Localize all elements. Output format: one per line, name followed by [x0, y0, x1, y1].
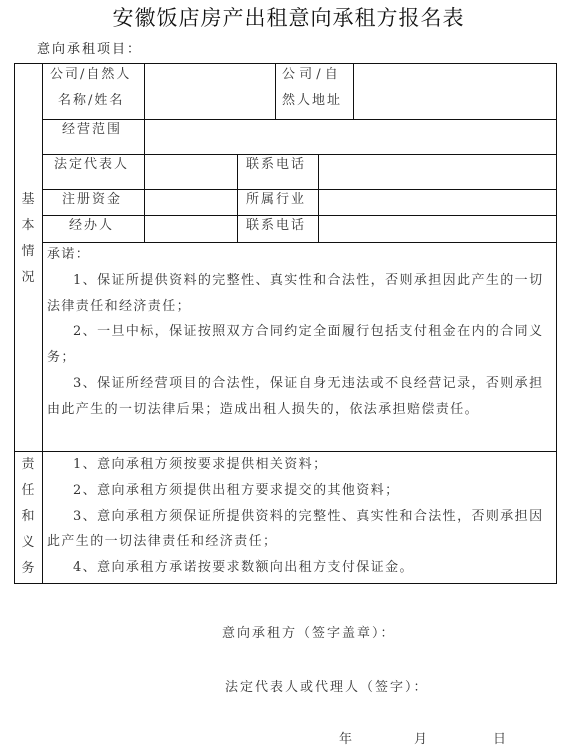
company-name-label: 公司/自然人 名称/姓名	[50, 62, 142, 114]
company-address-field[interactable]	[354, 64, 556, 119]
side-char: 情	[18, 239, 38, 265]
legal-rep-label: 法定代表人	[54, 152, 129, 178]
promise-heading: 承诺：	[47, 242, 553, 268]
legal-rep-field[interactable]	[145, 155, 236, 189]
phone-field-1[interactable]	[319, 155, 556, 189]
side-char: 务	[18, 556, 38, 582]
company-name-label-line1: 公司/自然人	[50, 62, 142, 88]
registered-capital-label: 注册资金	[62, 187, 122, 213]
agent-field[interactable]	[145, 216, 236, 242]
date-year-label: 年	[339, 728, 354, 747]
registered-capital-field[interactable]	[145, 190, 236, 215]
side-char: 责	[18, 452, 38, 478]
date-day-label: 日	[493, 728, 508, 747]
promise-item: 1、保证所提供资料的完整性、真实性和合法性，否则承担因此产生的一切法律责任和经济…	[47, 268, 553, 320]
side-char: 本	[18, 213, 38, 239]
duty-item: 4、意向承租方承诺按要求数额向出租方支付保证金。	[47, 555, 553, 581]
duty-item: 2、意向承租方须提供出租方要求提交的其他资料；	[47, 478, 553, 504]
promise-item: 3、保证所经营项目的合法性，保证自身无违法或不良经营记录，否则承担由此产生的一切…	[47, 371, 553, 423]
basic-info-side-label: 基 本 情 况	[18, 187, 38, 291]
duty-side-label: 责 任 和 义 务	[18, 452, 38, 582]
industry-label: 所属行业	[246, 187, 306, 213]
promise-item: 2、一旦中标，保证按照双方合同约定全面履行包括支付租金在内的合同义务；	[47, 319, 553, 371]
rep-signature-label: 法定代表人或代理人（签字）：	[225, 676, 429, 695]
duty-block: 1、意向承租方须按要求提供相关资料； 2、意向承租方须提供出租方要求提交的其他资…	[47, 452, 553, 581]
company-name-field[interactable]	[145, 64, 274, 119]
business-scope-label: 经营范围	[62, 117, 122, 143]
duty-item: 3、意向承租方须保证所提供资料的完整性、真实性和合法性，否则承担因此产生的一切法…	[47, 504, 553, 556]
side-char: 义	[18, 530, 38, 556]
agent-label: 经办人	[69, 213, 114, 239]
company-address-label: 公 司 / 自 然人地址	[282, 62, 352, 114]
lessee-signature-label: 意向承租方（签字盖章）：	[222, 622, 396, 641]
duty-item: 1、意向承租方须按要求提供相关资料；	[47, 452, 553, 478]
side-char: 和	[18, 504, 38, 530]
column-divider	[275, 63, 276, 119]
side-char: 基	[18, 187, 38, 213]
side-char: 况	[18, 265, 38, 291]
phone-field-2[interactable]	[319, 216, 556, 242]
industry-field[interactable]	[319, 190, 556, 215]
company-name-label-line2: 名称/姓名	[50, 88, 142, 114]
phone-label-1: 联系电话	[246, 152, 306, 178]
side-char: 任	[18, 478, 38, 504]
company-address-label-line1: 公 司 / 自	[282, 62, 352, 88]
project-label: 意向承租项目：	[37, 38, 142, 57]
page-title: 安徽饭店房产出租意向承租方报名表	[0, 2, 577, 32]
side-column-divider	[42, 63, 43, 584]
promise-block: 承诺： 1、保证所提供资料的完整性、真实性和合法性，否则承担因此产生的一切法律责…	[47, 242, 553, 423]
date-month-label: 月	[414, 728, 429, 747]
phone-label-2: 联系电话	[246, 213, 306, 239]
business-scope-field[interactable]	[145, 120, 556, 154]
company-address-label-line2: 然人地址	[282, 88, 352, 114]
column-divider	[237, 154, 238, 242]
